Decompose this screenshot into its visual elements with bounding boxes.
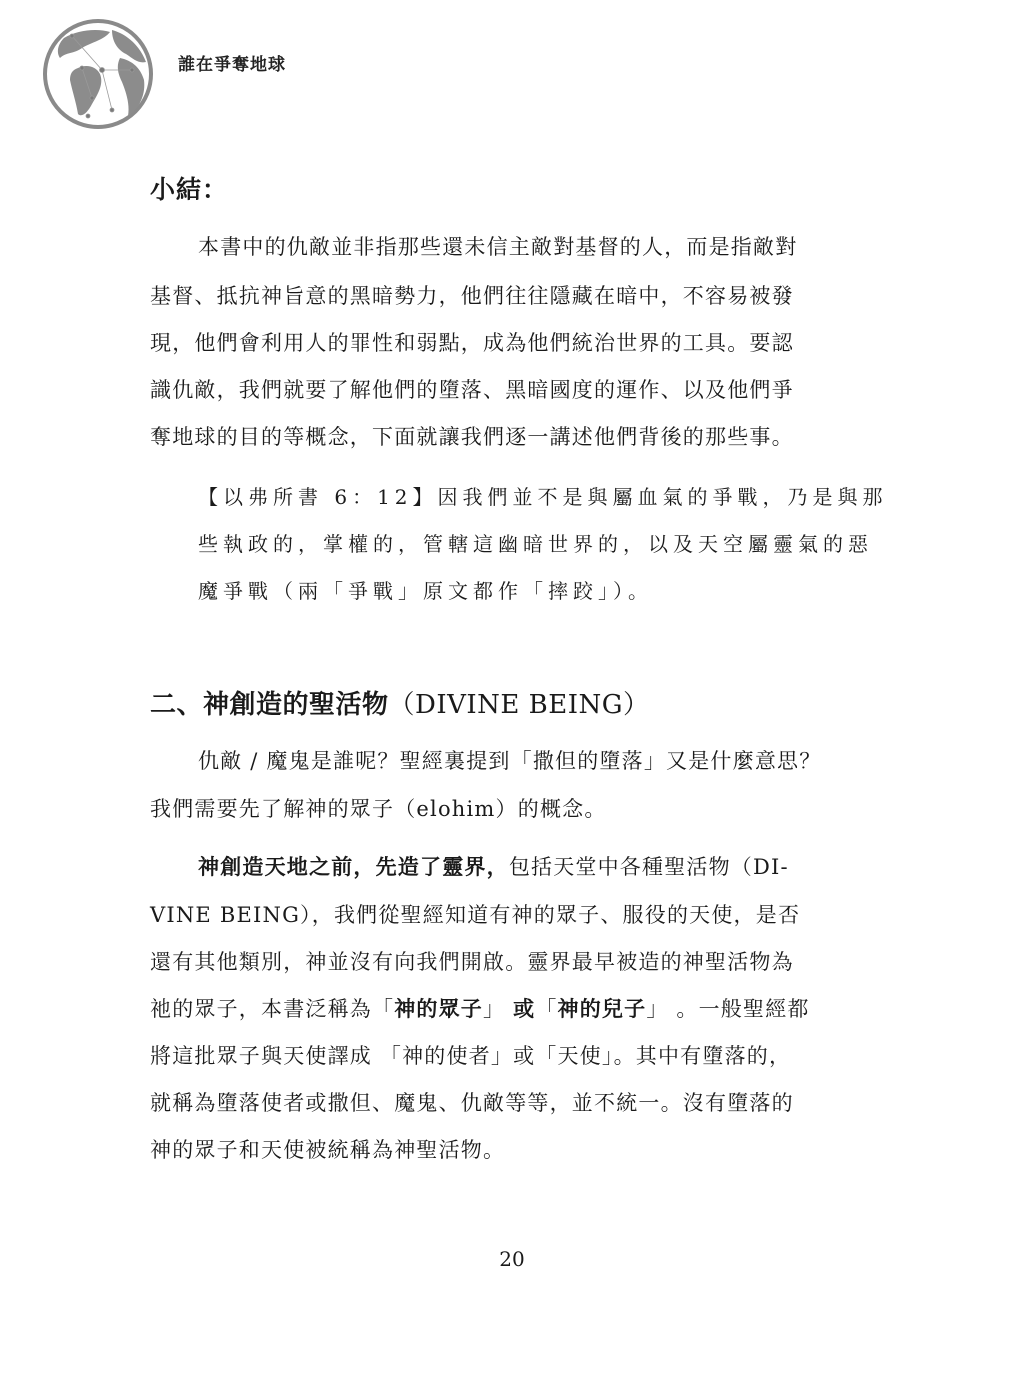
summary-paragraph-line: 本書中的仇敵並非指那些還未信主敵對基督的人，而是指敵對: [198, 232, 797, 262]
page-number: 20: [0, 1247, 1024, 1271]
summary-paragraph-line: 奪地球的目的等概念，下面就讓我們逐一講述他們背後的那些事。: [150, 422, 794, 452]
section-two-paragraph2-line: 神的眾子和天使被統稱為神聖活物。: [150, 1135, 505, 1165]
summary-paragraph-line: 識仇敵，我們就要了解他們的墮落、黑暗國度的運作、以及他們爭: [150, 375, 794, 405]
section-two-paragraph2-line: 祂的眾子，本書泛稱為「神的眾子」 或「神的兒子」 。一般聖經都: [150, 994, 810, 1024]
section-two-paragraph2-line: 神創造天地之前，先造了靈界，包括天堂中各種聖活物（DI-: [198, 852, 789, 882]
bold-conjunction: 或: [513, 996, 535, 1021]
bold-phrase: 神創造天地之前，先造了靈界，: [198, 854, 509, 879]
section-two-heading-zh: 二、神創造的聖活物: [150, 690, 389, 720]
section-two-paragraph-line: 我們需要先了解神的眾子（elohim）的概念。: [150, 794, 607, 824]
summary-paragraph-line: 基督、抵抗神旨意的黑暗勢力，他們往往隱藏在暗中，不容易被發: [150, 281, 794, 311]
scripture-quote-line: 魔爭戰（兩「爭戰」原文都作「摔跤」）。: [198, 576, 653, 606]
text-span: 「: [535, 997, 557, 1021]
scripture-quote-line: 些執政的，掌權的，管轄這幽暗世界的，以及天空屬靈氣的惡: [198, 529, 873, 559]
text-span: 包括天堂中各種聖活物（DI-: [509, 855, 789, 879]
text-span: 」 。一般聖經都: [646, 997, 809, 1021]
scripture-quote-line: 【以弗所書 6：12】因我們並不是與屬血氣的爭戰，乃是與那: [198, 482, 888, 512]
summary-heading: 小結：: [150, 175, 228, 205]
globe-constellation-icon: [42, 18, 154, 130]
summary-paragraph-line: 現，他們會利用人的罪性和弱點，成為他們統治世界的工具。要認: [150, 328, 794, 358]
running-title: 誰在爭奪地球: [178, 50, 286, 75]
section-two-paragraph2-line: 就稱為墮落使者或撒但、魔鬼、仇敵等等，並不統一。沒有墮落的: [150, 1088, 794, 1118]
text-span: 祂的眾子，本書泛稱為「: [150, 997, 394, 1021]
section-two-heading-en: （DIVINE BEING）: [389, 690, 650, 720]
term-son-of-god: 神的兒子: [558, 996, 647, 1021]
section-two-heading: 二、神創造的聖活物（DIVINE BEING）: [150, 690, 650, 720]
term-sons-of-god: 神的眾子: [394, 996, 483, 1021]
section-two-paragraph-line: 仇敵 / 魔鬼是誰呢？聖經裏提到「撒但的墮落」又是什麼意思？: [198, 746, 821, 776]
text-span: 」: [483, 997, 505, 1021]
section-two-paragraph2-line: 還有其他類別，神並沒有向我們開啟。靈界最早被造的神聖活物為: [150, 947, 794, 977]
section-two-paragraph2-line: VINE BEING），我們從聖經知道有神的眾子、服役的天使，是否: [150, 900, 800, 930]
section-two-paragraph2-line: 將這批眾子與天使譯成 「神的使者」或「天使」。其中有墮落的，: [150, 1041, 791, 1071]
